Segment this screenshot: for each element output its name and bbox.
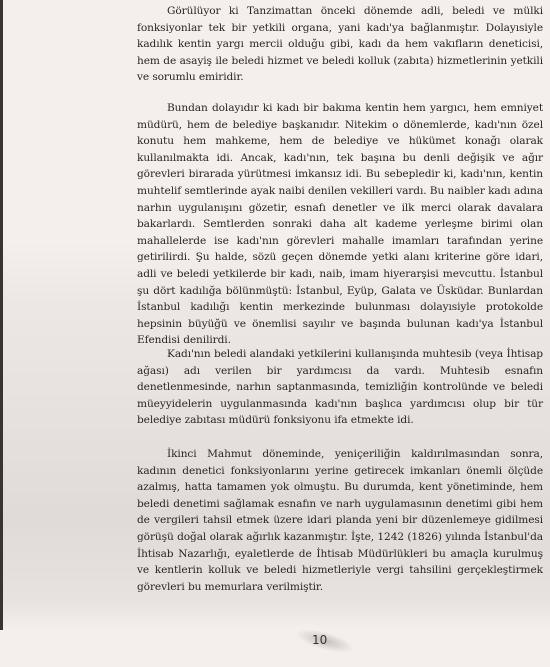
paragraph-text: Bundan dolayıdır ki kadı bir bakıma kent… <box>137 100 543 349</box>
paragraph-text: İkinci Mahmut döneminde, yeniçeriliğin k… <box>137 446 543 595</box>
paragraph-tanzimat: Görülüyor ki Tanzimattan önceki dönemde … <box>137 3 543 86</box>
paragraph-text: Görülüyor ki Tanzimattan önceki dönemde … <box>137 3 543 86</box>
paragraph-kadi-roles: Bundan dolayıdır ki kadı bir bakıma kent… <box>137 100 543 349</box>
paragraph-text: Kadı'nın beledi alandaki yetkilerini kul… <box>137 346 543 429</box>
scanned-page: Görülüyor ki Tanzimattan önceki dönemde … <box>0 0 550 667</box>
page-number: 10 <box>312 633 327 647</box>
paragraph-muhtesib: Kadı'nın beledi alandaki yetkilerini kul… <box>137 346 543 429</box>
scan-edge-shadow <box>0 0 3 630</box>
paragraph-ihtisab: İkinci Mahmut döneminde, yeniçeriliğin k… <box>137 446 543 595</box>
